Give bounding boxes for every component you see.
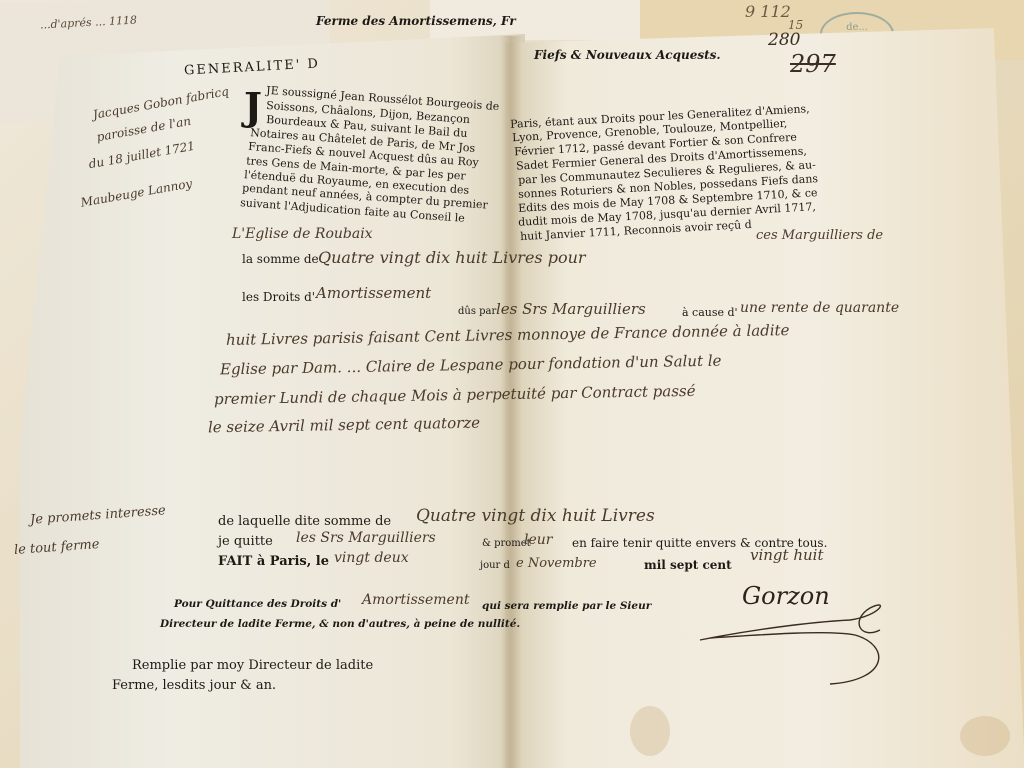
remplie-line-2: Ferme, lesdits jour & an.: [112, 678, 276, 693]
handwritten-payer: L'Eglise de Roubaix: [232, 226, 373, 242]
a-cause-label: à cause d': [682, 306, 738, 319]
fait-year: vingt huit: [750, 546, 823, 564]
promets-value: leur: [524, 532, 552, 548]
header-right: Fiefs & Nouveaux Acquests.: [534, 48, 721, 62]
droits-label: les Droits d': [242, 290, 315, 304]
fait-label: FAIT à Paris, le: [218, 554, 329, 569]
handwritten-line-1: une rente de quarante: [740, 300, 899, 316]
quitte-label: je quitte: [218, 534, 273, 549]
laquelle-label: de laquelle dite somme de: [218, 514, 391, 529]
jour-label: jour d: [480, 560, 510, 571]
page-number-upper: 280: [768, 30, 800, 50]
dus-par-value: les Srs Marguilliers: [496, 300, 646, 318]
drop-cap: J: [244, 88, 262, 126]
handwritten-payer-suffix: ces Marguilliers de: [756, 228, 883, 243]
fait-day: vingt deux: [334, 550, 409, 566]
fait-month: e Novembre: [516, 556, 597, 571]
pour-quittance-suffix: qui sera remplie par le Sieur: [482, 600, 651, 612]
somme-label: la somme de: [242, 252, 319, 266]
signature-flourish: [690, 600, 910, 690]
page-number-lower: 297: [790, 50, 836, 78]
paper-stain: [960, 716, 1010, 756]
header-left: Ferme des Amortissemens, Fr: [316, 14, 516, 28]
droits-value: Amortissement: [316, 284, 431, 302]
remplie-line-1: Remplie par moy Directeur de ladite: [132, 658, 373, 673]
pour-quittance-label: Pour Quittance des Droits d': [174, 598, 341, 610]
dus-par-label: dûs par: [458, 306, 496, 317]
directeur-line: Directeur de ladite Ferme, & non d'autre…: [160, 618, 520, 630]
somme-value: Quatre vingt dix huit Livres pour: [318, 248, 586, 267]
pour-quittance-value: Amortissement: [362, 592, 469, 608]
year-label: mil sept cent: [644, 558, 732, 572]
paper-stain: [630, 706, 670, 756]
quitte-value: les Srs Marguilliers: [296, 530, 436, 546]
laquelle-value: Quatre vingt dix huit Livres: [416, 506, 655, 526]
